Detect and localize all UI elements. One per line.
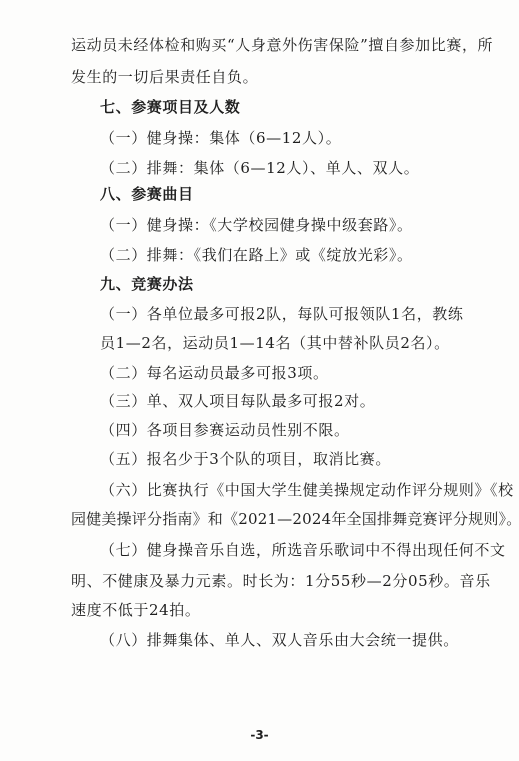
item-9-1-cont: 员1—2名，运动员1—14名（其中替补队员2名）。 <box>100 333 490 353</box>
section-heading-9: 九、竞赛办法 <box>100 274 490 294</box>
item-7-1: （一）健身操：集体（6—12人）。 <box>100 128 490 148</box>
item-9-5: （五）报名少于3个队的项目，取消比赛。 <box>100 449 490 469</box>
item-9-4: （四）各项目参赛运动员性别不限。 <box>100 420 490 440</box>
item-9-7: （七）健身操音乐自选，所选音乐歌词中不得出现任何不文 <box>100 540 490 560</box>
item-9-1: （一）各单位最多可报2队，每队可报领队1名，教练 <box>100 304 490 324</box>
section-heading-8: 八、参赛曲目 <box>100 184 490 204</box>
body-line-1: 运动员未经体检和购买“人身意外伤害保险”擅自参加比赛，所 <box>71 35 461 55</box>
item-9-8: （八）排舞集体、单人、双人音乐由大会统一提供。 <box>100 630 490 650</box>
item-9-2: （二）每名运动员最多可报3项。 <box>100 363 490 383</box>
item-9-3: （三）单、双人项目每队最多可报2对。 <box>100 391 490 411</box>
item-9-6: （六）比赛执行《中国大学生健美操规定动作评分规则》《校 <box>100 480 490 500</box>
page-number: -3- <box>0 728 519 742</box>
item-8-1: （一）健身操：《大学校园健身操中级套路》。 <box>100 215 490 235</box>
item-7-2: （二）排舞：集体（6—12人）、单人、双人。 <box>100 158 490 178</box>
body-line-2: 发生的一切后果责任自负。 <box>71 67 461 87</box>
item-9-6-cont: 园健美操评分指南》和《2021—2024年全国排舞竞赛评分规则》。 <box>71 509 461 529</box>
item-8-2: （二）排舞：《我们在路上》或《绽放光彩》。 <box>100 245 490 265</box>
item-9-7-cont: 明、不健康及暴力元素。时长为：1分55秒—2分05秒。音乐 <box>71 571 461 591</box>
document-page: 运动员未经体检和购买“人身意外伤害保险”擅自参加比赛，所 发生的一切后果责任自负… <box>0 0 519 761</box>
item-9-7-cont-2: 速度不低于24拍。 <box>71 600 461 620</box>
section-heading-7: 七、参赛项目及人数 <box>100 97 490 117</box>
